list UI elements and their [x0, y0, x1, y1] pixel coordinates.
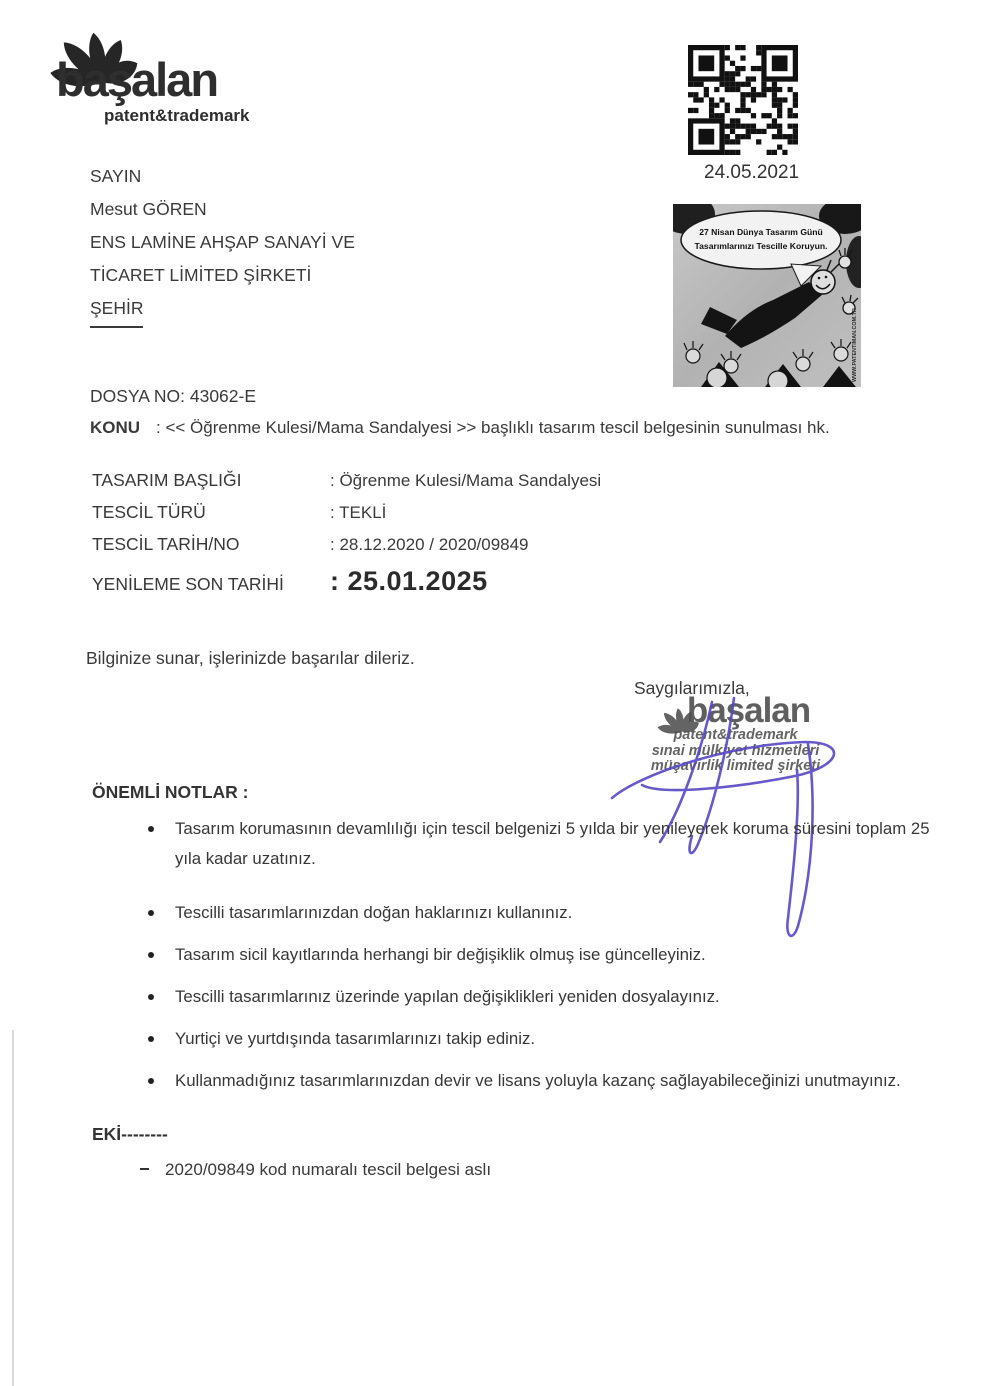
bullet-dot	[148, 994, 154, 1000]
detail-value: : TEKLİ	[330, 503, 386, 523]
stamp-brand-name: başalan	[644, 694, 853, 728]
attachment-item: 2020/09849 kod numaralı tescil belgesi a…	[140, 1160, 491, 1180]
scan-edge-artifact	[12, 1030, 14, 1386]
note-item: Kullanmadığınız tasarımlarınızdan devir …	[146, 1066, 956, 1096]
detail-row-design-title: TASARIM BAŞLIĞI : Öğrenme Kulesi/Mama Sa…	[92, 470, 812, 491]
detail-value: : Öğrenme Kulesi/Mama Sandalyesi	[330, 471, 601, 491]
design-day-cartoon: 27 Nisan Dünya Tasarım Günü Tasarımların…	[673, 204, 861, 387]
brand-name: başalan	[56, 52, 217, 107]
bullet-dot	[148, 952, 154, 958]
konu-line: KONU: << Öğrenme Kulesi/Mama Sandalyesi …	[90, 418, 970, 438]
dosya-no-line: DOSYA NO: 43062-E	[90, 386, 256, 407]
dosya-no-value: 43062-E	[190, 386, 256, 406]
bullet-dot	[148, 826, 154, 832]
detail-label: YENİLEME SON TARİHİ	[92, 574, 330, 595]
scanned-letter-page: başalan patent&trademark 24.05.2021 SAYI…	[0, 0, 994, 1386]
recipient-salutation: SAYIN	[90, 160, 355, 193]
stamp-line-services: sınai mülkiyet hizmetleri	[618, 744, 853, 760]
dash-marker	[140, 1168, 149, 1171]
note-item: Tescilli tasarımlarınızdan doğan hakları…	[146, 898, 956, 928]
detail-label: TASARIM BAŞLIĞI	[92, 470, 330, 491]
recipient-block: SAYIN Mesut GÖREN ENS LAMİNE AHŞAP SANAY…	[90, 160, 355, 328]
note-text: Tescilli tasarımlarınızdan doğan hakları…	[175, 903, 572, 922]
document-date: 24.05.2021	[704, 162, 799, 184]
note-text: Tescilli tasarımlarınız üzerinde yapılan…	[175, 987, 720, 1006]
detail-label: TESCİL TÜRÜ	[92, 502, 330, 523]
company-stamp: başalan patent&trademark sınai mülkiyet …	[618, 694, 853, 775]
cartoon-side-url: WWW.PATENTIMAN.COM.TR	[852, 308, 858, 382]
konu-text: : << Öğrenme Kulesi/Mama Sandalyesi >> b…	[156, 418, 830, 437]
bullet-dot	[148, 1036, 154, 1042]
note-text: Kullanmadığınız tasarımlarınızdan devir …	[175, 1071, 901, 1090]
detail-value: : 28.12.2020 / 2020/09849	[330, 535, 529, 555]
detail-row-registration-date-no: TESCİL TARİH/NO : 28.12.2020 / 2020/0984…	[92, 534, 812, 555]
note-text: Tasarım korumasının devamlılığı için tes…	[175, 819, 930, 868]
attachment-text: 2020/09849 kod numaralı tescil belgesi a…	[165, 1160, 491, 1179]
notes-heading: ÖNEMLİ NOTLAR :	[92, 782, 249, 803]
konu-label: KONU	[90, 418, 156, 438]
qr-code	[688, 45, 798, 155]
attachment-heading: EKİ--------	[92, 1124, 168, 1145]
stamp-line-trademark: patent&trademark	[618, 728, 853, 744]
note-text: Yurtiçi ve yurtdışında tasarımlarınızı t…	[175, 1029, 535, 1048]
dosya-no-label: DOSYA NO:	[90, 386, 185, 406]
cartoon-bubble-line2: Tasarımlarınızı Tescille Koruyun.	[695, 241, 828, 251]
detail-row-renewal-deadline: YENİLEME SON TARİHİ : 25.01.2025	[92, 566, 812, 597]
recipient-company-line1: ENS LAMİNE AHŞAP SANAYİ VE	[90, 226, 355, 259]
brand-tagline: patent&trademark	[104, 106, 250, 126]
recipient-name: Mesut GÖREN	[90, 193, 355, 226]
closing-line: Bilginize sunar, işlerinizde başarılar d…	[86, 648, 415, 669]
registration-details: TASARIM BAŞLIĞI : Öğrenme Kulesi/Mama Sa…	[92, 470, 812, 608]
note-item: Tasarım sicil kayıtlarında herhangi bir …	[146, 940, 956, 970]
cartoon-bubble-line1: 27 Nisan Dünya Tasarım Günü	[699, 227, 823, 237]
recipient-city: ŞEHİR	[90, 292, 143, 328]
notes-list: Tasarım korumasının devamlılığı için tes…	[146, 814, 956, 1108]
note-text: Tasarım sicil kayıtlarında herhangi bir …	[175, 945, 706, 964]
bullet-dot	[148, 1078, 154, 1084]
note-item: Tescilli tasarımlarınız üzerinde yapılan…	[146, 982, 956, 1012]
detail-label: TESCİL TARİH/NO	[92, 534, 330, 555]
note-item: Tasarım korumasının devamlılığı için tes…	[146, 814, 956, 874]
recipient-company-line2: TİCARET LİMİTED ŞİRKETİ	[90, 259, 355, 292]
bullet-dot	[148, 910, 154, 916]
detail-value: : 25.01.2025	[330, 566, 488, 597]
note-item: Yurtiçi ve yurtdışında tasarımlarınızı t…	[146, 1024, 956, 1054]
stamp-line-company: müşavirlik limited şirketi	[618, 759, 853, 775]
detail-row-registration-type: TESCİL TÜRÜ : TEKLİ	[92, 502, 812, 523]
